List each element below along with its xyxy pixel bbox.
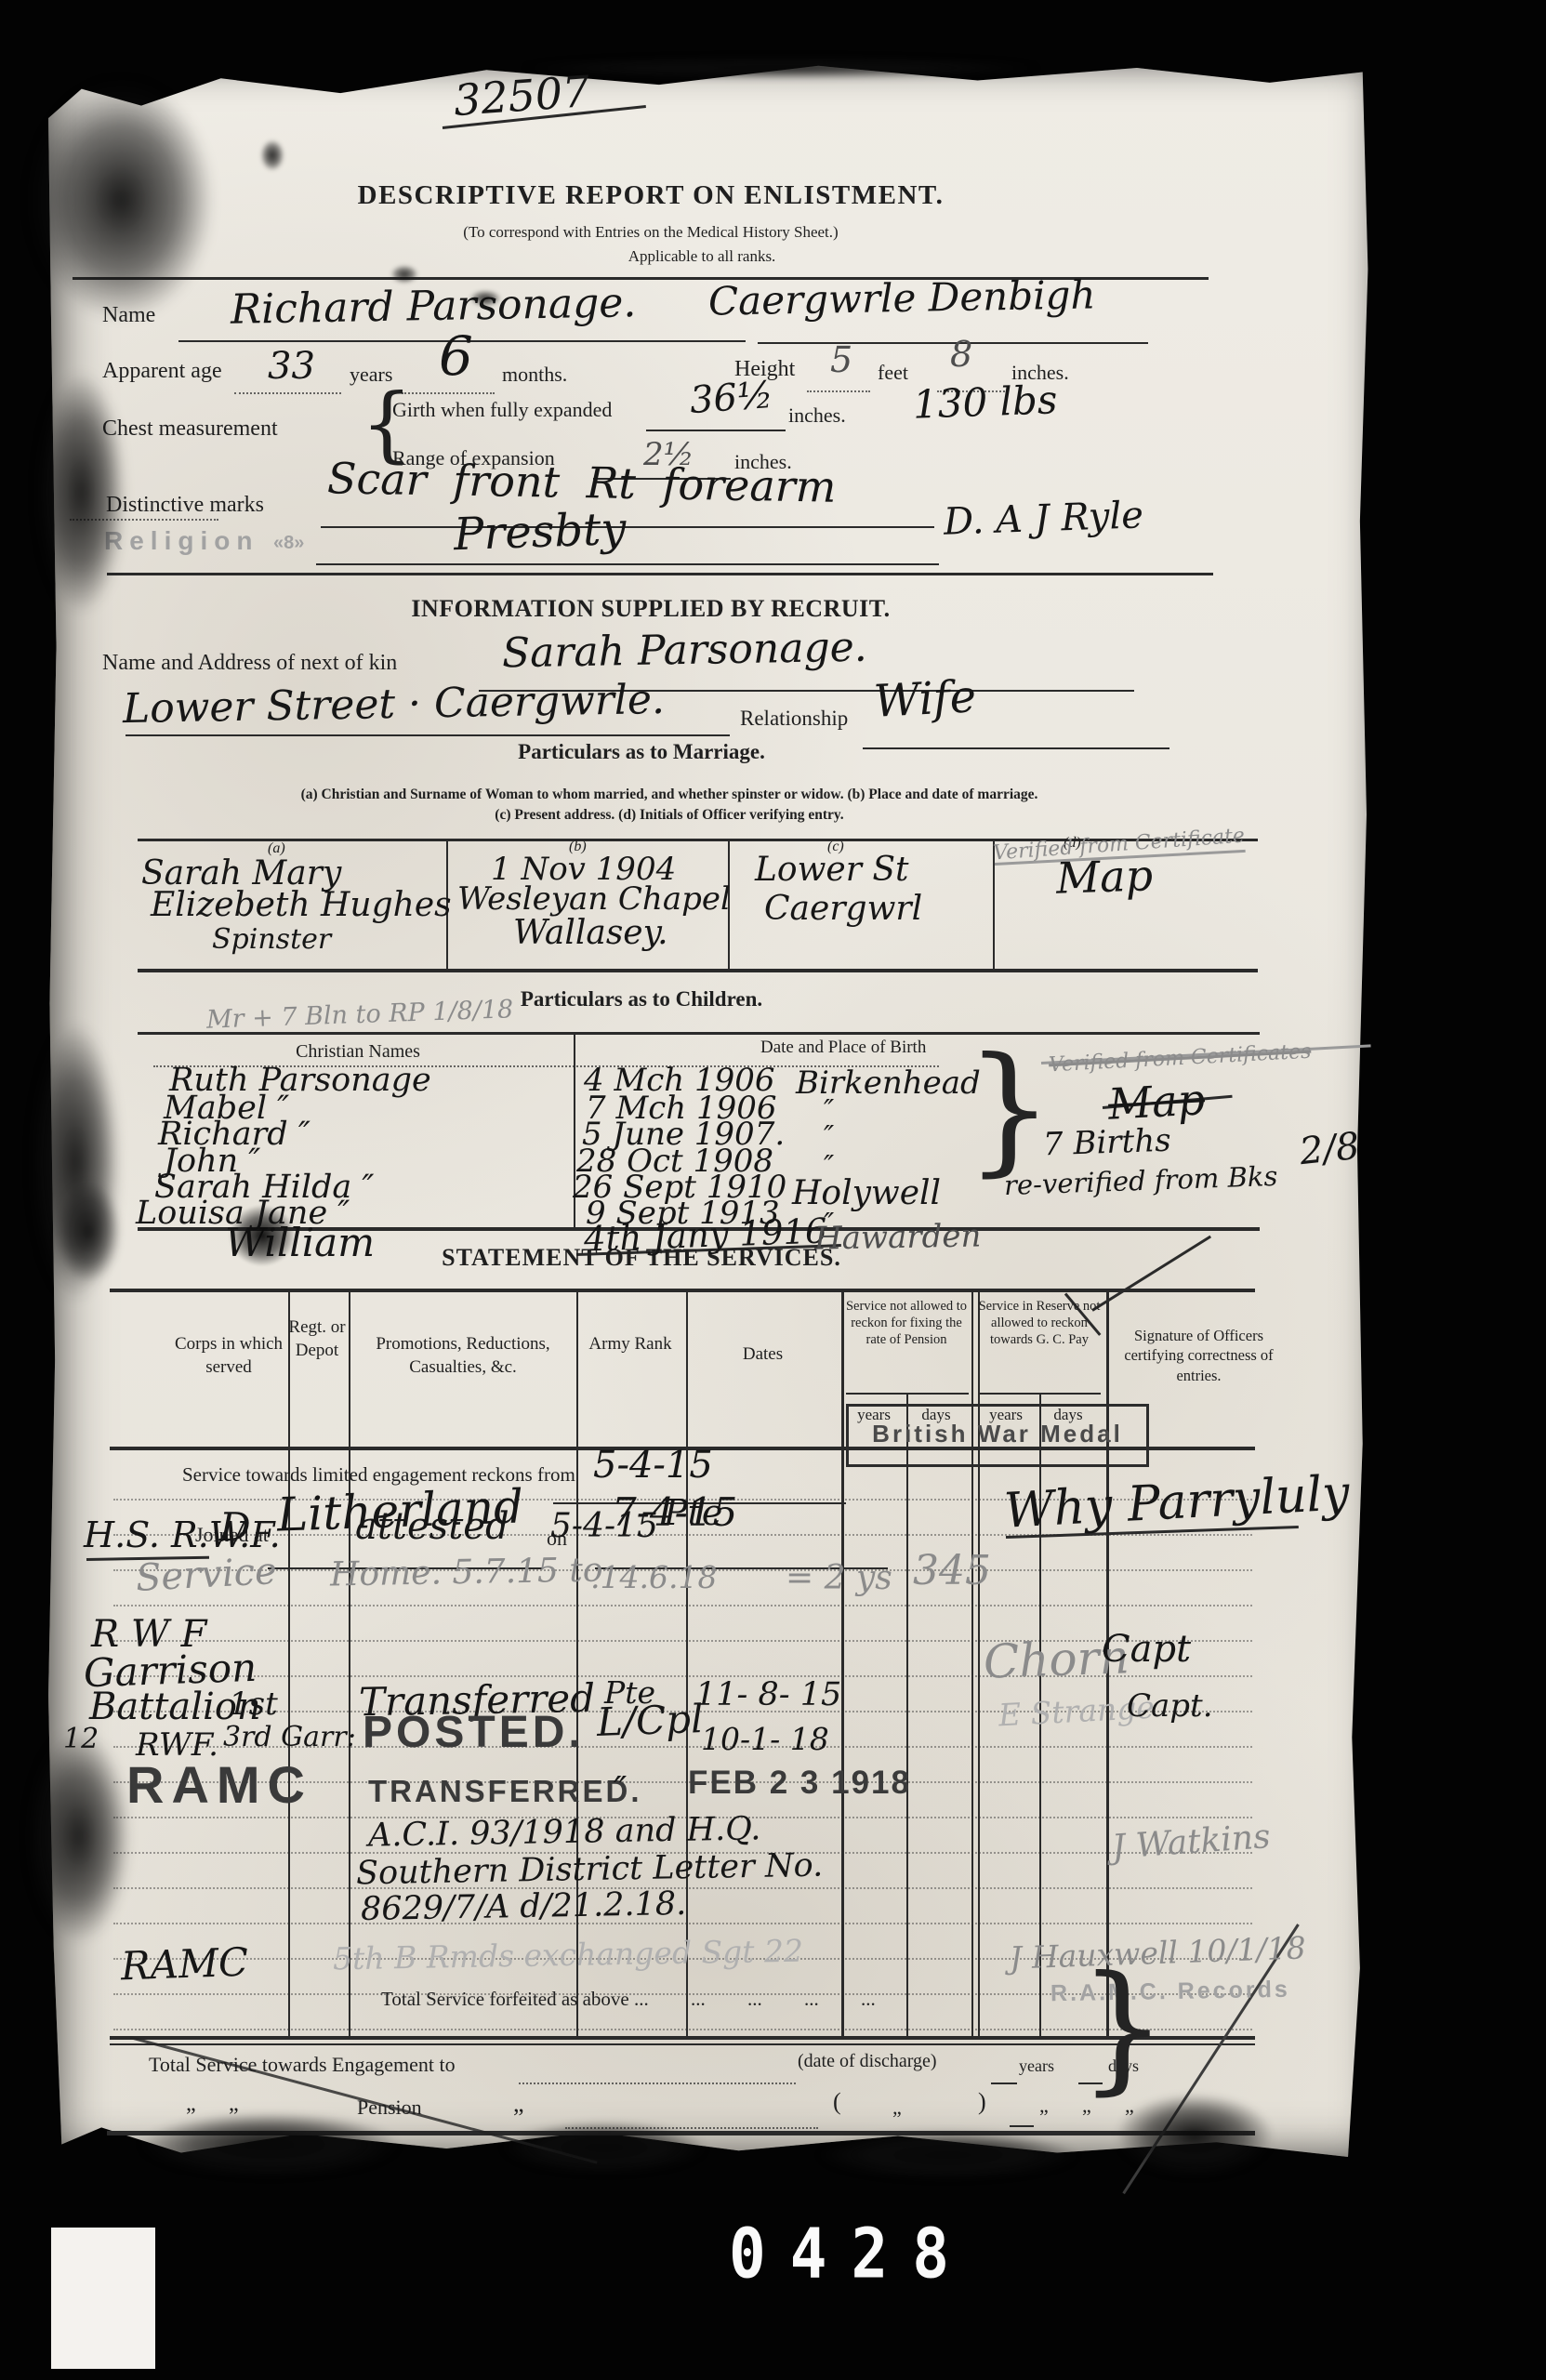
entry-row-rule (113, 1605, 1252, 1606)
engagement-years-label: years (1019, 2056, 1054, 2076)
service-rank-4: ″ (614, 1772, 627, 1807)
service-pencil-home: Home. 5.7.15 to (330, 1554, 603, 1592)
col-dates-header: Dates (686, 1344, 839, 1365)
child-birth-place-5: Holywell (792, 1177, 941, 1210)
fraction-note: 2/8 (1298, 1128, 1361, 1171)
marriage-section-title: Particulars as to Marriage. (409, 740, 874, 764)
form-subtitle-2: Applicable to all ranks. (460, 247, 944, 266)
children-initials-struck: Map (1107, 1078, 1206, 1125)
apparent-age-label: Apparent age (102, 359, 222, 384)
form-rule (321, 526, 934, 528)
scan-calibration-patch (51, 2228, 155, 2369)
age-months-value: 6 (439, 329, 473, 383)
marriage-address-line-1: Lower St (755, 853, 908, 887)
religion-value: Presbty (453, 507, 627, 557)
engagement-total-label: Total Service towards Engagement to (149, 2053, 456, 2077)
form-rule (646, 430, 786, 431)
service-pencil-days: 345 (913, 1551, 991, 1592)
service-action-1: attested (355, 1508, 509, 1545)
col-promotions-header: Promotions, Reductions, Casualties, &c. (351, 1333, 575, 1379)
child-birth-place-3: ″ (824, 1123, 834, 1151)
marriage-bride-line-2: Elizebeth Hughes (151, 889, 452, 922)
months-label: months. (502, 363, 567, 387)
forfeited-label: Total Service forfeited as above (381, 1988, 629, 2011)
service-rank-1: Pte (664, 1495, 722, 1530)
name-value: Richard Parsonage. (231, 283, 637, 331)
town-value: Caergwrle Denbigh (708, 275, 1096, 321)
marks-value: Scar front Rt forearm (327, 456, 837, 509)
children-birth-header: Date and Place of Birth (760, 1038, 926, 1058)
children-names-header: Christian Names (232, 1041, 483, 1063)
pension-paren-open: ( (833, 2088, 841, 2116)
weight-value: 130 lbs (912, 380, 1058, 424)
marriage-bride-line-3: Spinster (212, 926, 331, 954)
discharge-date-label: (date of discharge) (798, 2051, 937, 2072)
form-rule (565, 2127, 818, 2129)
service-regt-1: D (219, 1508, 251, 1547)
marriage-note-1: (a) Christian and Surname of Woman to wh… (167, 787, 1171, 803)
officer-rank-3: Capt. (1127, 1690, 1213, 1722)
child-name-6: Louisa Jane ″ (136, 1197, 350, 1230)
births-note: 7 Births (1042, 1125, 1171, 1161)
nok-name-value: Sarah Parsonage. (502, 628, 867, 675)
service-pencil-faint: 5th B Rmds exchanged Sgt 22 (333, 1936, 803, 1975)
relationship-label: Relationship (740, 707, 848, 731)
col-rank-header: Army Rank (576, 1333, 684, 1356)
name-label: Name (102, 303, 155, 328)
child-birth-place-6: ″ (824, 1210, 834, 1238)
form-rule (991, 2082, 1017, 2084)
form-title: DESCRIPTIVE REPORT ON ENLISTMENT. (349, 180, 953, 211)
relationship-value: Wife (873, 674, 977, 724)
service-regt-2: 1st (229, 1688, 278, 1720)
pension-ditto-2: „ (229, 2092, 239, 2117)
form-rule (107, 573, 1213, 575)
service-date-3: 10-1- 18 (701, 1724, 829, 1754)
form-rule (519, 2082, 796, 2084)
microfilm-frame-counter: 0428 (729, 2214, 973, 2294)
service-pencil-total: = 2 ys (786, 1562, 892, 1595)
pension-label: Pension (357, 2096, 422, 2120)
col-signature-header: Signature of Officers certifying correct… (1108, 1326, 1289, 1385)
bottom-brace: } (1078, 1958, 1167, 2097)
form-rule (107, 2131, 1255, 2135)
recruit-section-title: INFORMATION SUPPLIED BY RECRUIT. (367, 595, 934, 623)
service-date-2: 11- 8- 15 (695, 1679, 841, 1712)
nok-label: Name and Address of next of kin (102, 651, 397, 676)
girth-value: 36½ (689, 377, 774, 419)
form-rule (1010, 2125, 1034, 2127)
british-war-medal-stamp: British War Medal (846, 1404, 1149, 1467)
posted-stamp: POSTED. (363, 1711, 585, 1755)
chest-label: Chest measurement (102, 416, 278, 442)
scanned-enlistment-form: DESCRIPTIVE REPORT ON ENLISTMENT. (To co… (0, 0, 1546, 2380)
service-pencil-end: .14.6.18 (590, 1562, 717, 1593)
col-regt-header: Regt. or Depot (288, 1316, 346, 1362)
religion-stamp-ornament: «8» (273, 534, 304, 552)
marks-label: Distinctive marks (106, 493, 264, 518)
forfeited-dots: ... ... ... ... ... (634, 1988, 876, 2011)
pension-ditto-5: „ (1039, 2094, 1049, 2118)
service-row-number: 12 (63, 1725, 99, 1753)
marriage-place-line-2: Wesleyan Chapel (457, 883, 731, 915)
form-rule (126, 734, 730, 736)
mo-signature: D. A J Ryle (943, 496, 1143, 540)
table-column-rule (906, 1395, 908, 2036)
form-subtitle: (To correspond with Entries on the Medic… (349, 223, 953, 242)
form-rule (863, 747, 1169, 749)
children-brace: } (965, 1039, 1053, 1179)
height-inches-value: 8 (950, 337, 972, 372)
inches-label-2: inches. (788, 403, 846, 428)
form-rule (110, 1289, 1255, 1292)
form-rule (316, 563, 939, 565)
pension-ditto-1: „ (186, 2092, 196, 2117)
service-rank-3: L/Cpl (596, 1699, 704, 1742)
marriage-address-line-2: Caergwrl (764, 892, 922, 926)
child-extra-place: Hawarden (814, 1220, 982, 1254)
service-date-1: 5-4-15 (550, 1510, 658, 1543)
entry-row-rule (113, 1923, 1252, 1924)
col-reserve-header: Service in Reserve not allowed to reckon… (974, 1298, 1104, 1348)
service-pencil-corps: Service (135, 1553, 278, 1597)
service-corps-1: H.S. R.W.F. (84, 1517, 281, 1553)
authority-line-3: 8629/7/A d/21.2.18. (361, 1888, 687, 1926)
form-rule (402, 392, 495, 394)
pension-ditto-3: „ (513, 2090, 524, 2118)
age-years-value: 33 (268, 348, 315, 385)
form-rule (70, 519, 218, 521)
authority-line-2: Southern District Letter No. (356, 1850, 824, 1891)
date-stamp: FEB 2 3 1918 (688, 1766, 911, 1799)
transferred-stamp: TRANSFERRED. (368, 1776, 642, 1806)
service-regt-3: 3rd Garr: (223, 1724, 356, 1752)
child-birth-date-6: 9 Sept 1913 (586, 1197, 780, 1229)
height-feet-value: 5 (830, 342, 852, 377)
british-war-medal-label: British War Medal (849, 1407, 1146, 1461)
ramc-corps-2: RAMC (120, 1943, 248, 1987)
col-pension-header: Service not allowed to reckon for fixing… (842, 1298, 971, 1348)
nok-address-value: Lower Street · Caergwrle. (123, 680, 666, 730)
marriage-note-2: (c) Present address. (d) Initials of Off… (167, 807, 1171, 824)
pension-ditto-4: „ (892, 2096, 902, 2120)
form-rule (234, 392, 341, 394)
serial-number: 32507 (453, 70, 591, 122)
reckons-date-value: 5-4-15 (593, 1447, 713, 1484)
form-rule (138, 969, 1258, 972)
officer-rank-2: Capt (1102, 1631, 1191, 1668)
religion-stamp: Religion (104, 526, 258, 556)
ramc-corps: RAMC (126, 1759, 312, 1811)
girth-label: Girth when fully expanded (392, 398, 612, 422)
col-corps-header: Corps in which served (173, 1333, 284, 1379)
marriage-initials: Map (1055, 853, 1154, 900)
feet-label: feet (878, 361, 908, 385)
pension-paren-close: ) (978, 2088, 986, 2116)
authority-line-1: A.C.I. 93/1918 and H.Q. (368, 1813, 761, 1852)
marriage-place-line-3: Wallasey. (513, 917, 668, 950)
form-rule (807, 390, 870, 392)
form-rule (138, 1032, 1260, 1035)
